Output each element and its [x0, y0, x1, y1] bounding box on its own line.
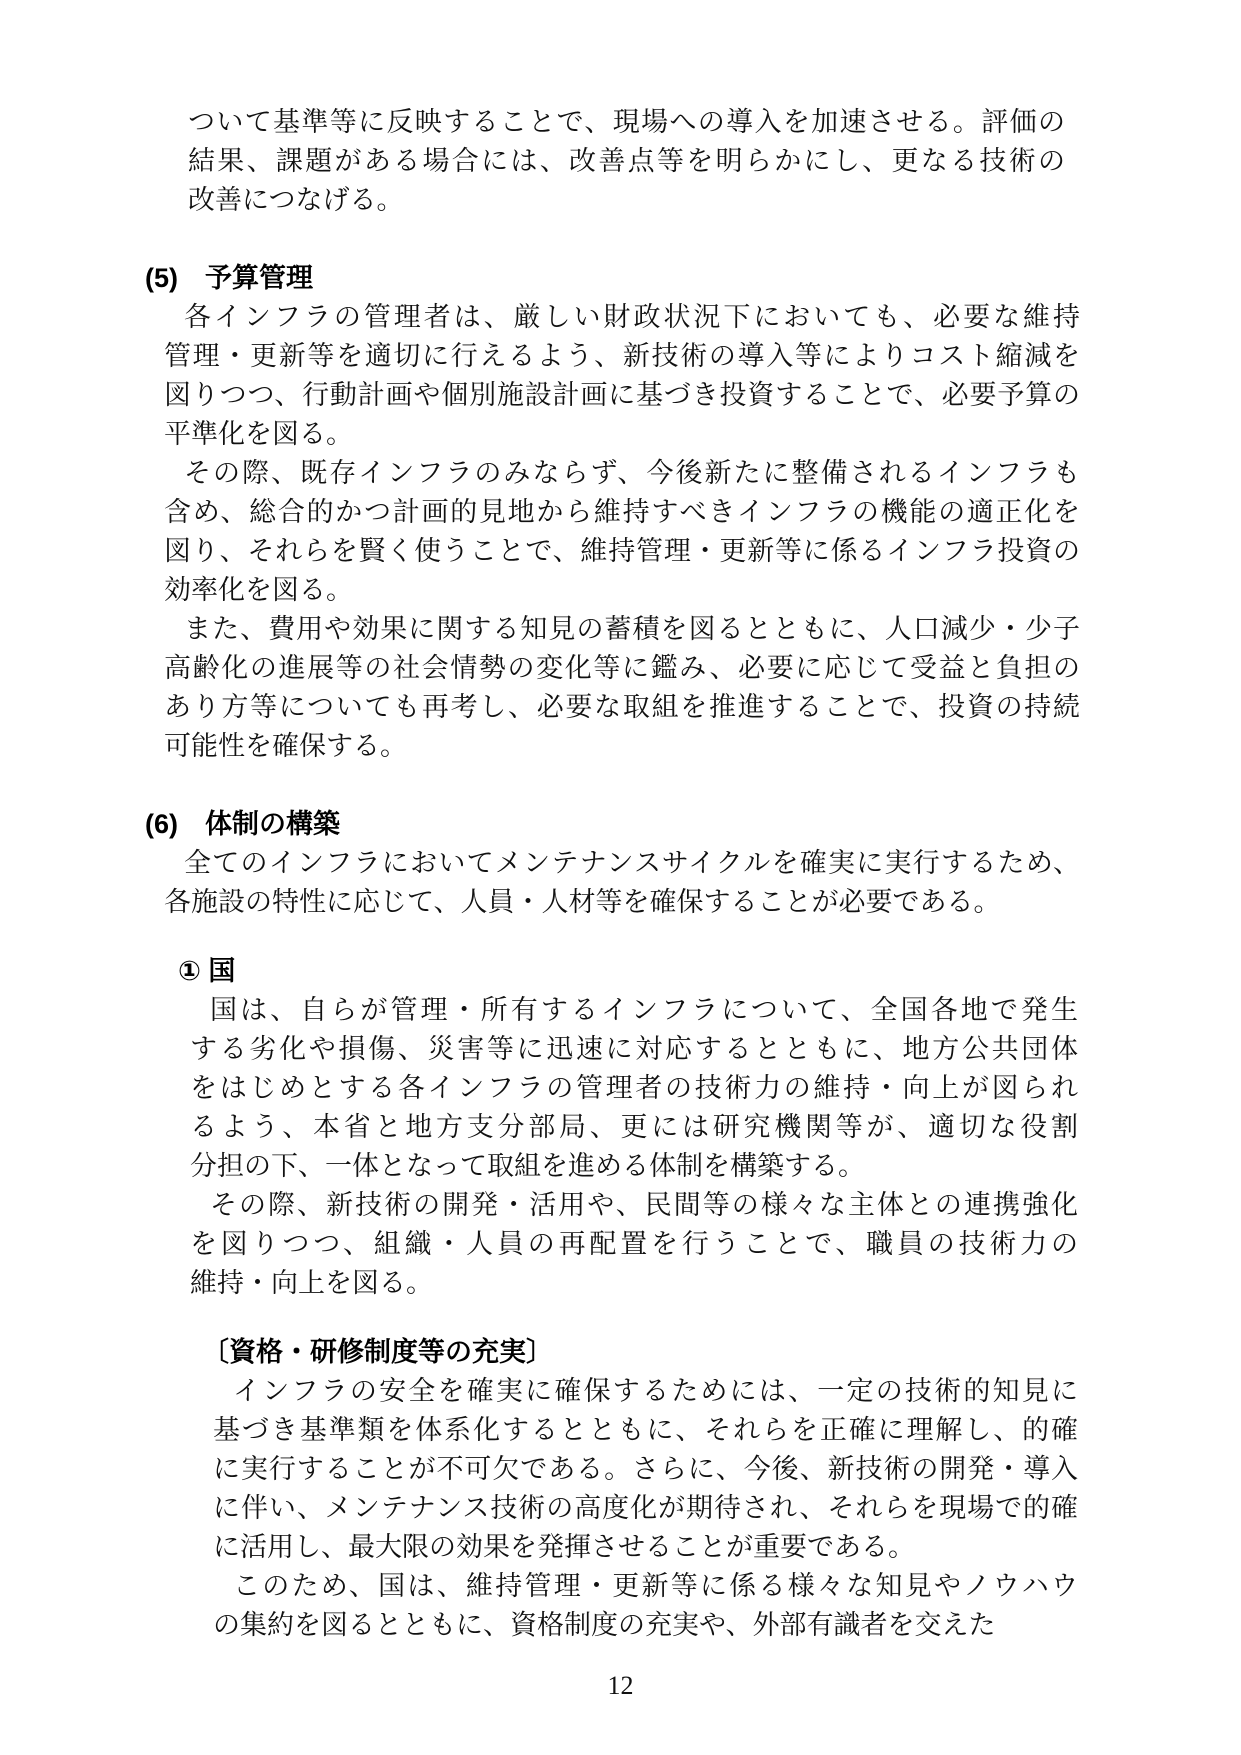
section-5-heading: (5) 予算管理 [145, 259, 1241, 298]
section-5-paragraph-3: また、費用や効果に関する知見の蓄積を図るとともに、人口減少・少子高齢化の進展等の… [164, 610, 1080, 766]
item-1-paragraph-2: その際、新技術の開発・活用や、民間等の様々な主体との連携強化を図りつつ、組織・人… [190, 1186, 1078, 1303]
item-1-paragraph-1: 国は、自らが管理・所有するインフラについて、全国各地で発生する劣化や損傷、災害等… [190, 991, 1078, 1186]
qualification-paragraph-1: インフラの安全を確実に確保するためには、一定の技術的知見に基づき基準類を体系化す… [213, 1372, 1078, 1567]
continuation-paragraph: ついて基準等に反映することで、現場への導入を加速させる。評価の結果、課題がある場… [188, 103, 1065, 220]
page-number: 12 [0, 1671, 1241, 1701]
section-5-paragraph-2: その際、既存インフラのみならず、今後新たに整備されるインフラも含め、総合的かつ計… [164, 454, 1080, 610]
document-page: ついて基準等に反映することで、現場への導入を加速させる。評価の結果、課題がある場… [0, 0, 1241, 1755]
section-6-heading: (6) 体制の構築 [145, 805, 1241, 844]
section-6-paragraph-1: 全てのインフラにおいてメンテナンスサイクルを確実に実行するため、各施設の特性に応… [164, 844, 1080, 922]
section-5-paragraph-1: 各インフラの管理者は、厳しい財政状況下においても、必要な維持管理・更新等を適切に… [164, 298, 1080, 454]
qualification-paragraph-2: このため、国は、維持管理・更新等に係る様々な知見やノウハウの集約を図るとともに、… [213, 1567, 1078, 1645]
item-1-national-government-heading: ① 国 [178, 952, 1241, 991]
qualification-training-subheading: 〔資格・研修制度等の充実〕 [202, 1333, 1241, 1372]
